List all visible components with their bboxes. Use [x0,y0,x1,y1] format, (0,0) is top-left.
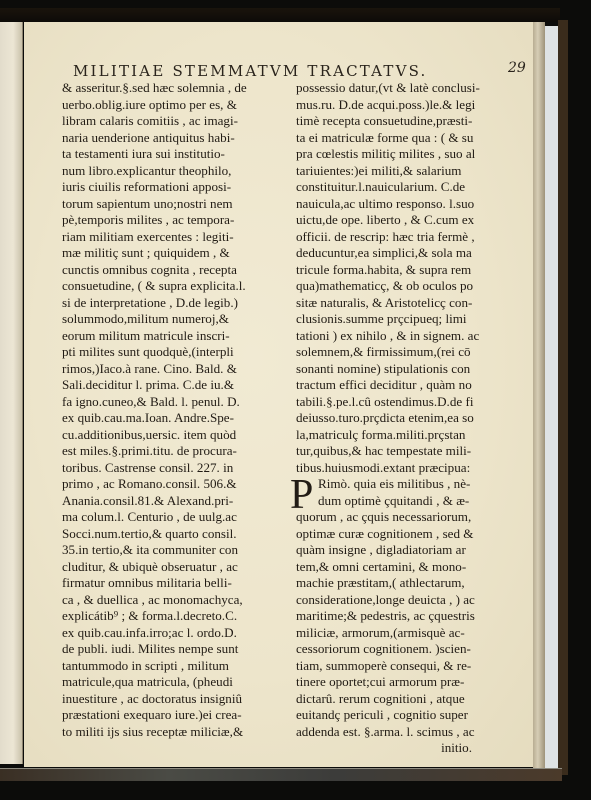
text-line: deiusso.turo.prçdicta etenim,ea so [296,410,522,427]
text-line: fa igno.cuneo,& Bald. l. penul. D. [62,394,287,411]
text-line: iuris ciuilis reformationi apposi- [62,179,287,196]
text-line: cu.additionibus,uersic. item quòd [62,427,287,444]
text-line: machie præstitam,( athlectarum, [296,575,522,592]
text-line: uerbo.oblig.iure optimo per es, & [62,97,287,114]
text-line: quàm insigne , digladiatoriam ar [296,542,522,559]
text-line: tractum effici deciditur , quàm no [296,377,522,394]
text-line: clusionis.summe prçcipueq; limi [296,311,522,328]
text-line: ta testamenti iura sui institutio- [62,146,287,163]
right-column: possessio datur,(vt & latè conclusi-mus.… [296,80,522,757]
text-line: euitandç periculi , cognitio super [296,707,522,724]
endpaper [545,26,558,771]
text-line: si de interpretatione , D.de legib.) [62,295,287,312]
text-line: timè recepta consuetudine,præsti- [296,113,522,130]
text-line: toribus. Castrense consil. 227. in [62,460,287,477]
text-line: est miles.§.primi.titu. de procura- [62,443,287,460]
text-line: tricule forma.habita, & supra rem [296,262,522,279]
text-line: consuetudine, ( & supra explicita.l. [62,278,287,295]
left-column: & asseritur.§.sed hæc solemnia , deuerbo… [62,80,287,740]
text-line: riam militiam exercentes : legiti- [62,229,287,246]
text-line: firmatur omnibus militaria belli- [62,575,287,592]
text-line: tariuientes:)ei militi,& salarium [296,163,522,180]
text-line: sitæ naturalis, & Aristotelicç con- [296,295,522,312]
text-line: præstationi exequaro iure.)ei crea- [62,707,287,724]
book-cover-bottom [0,768,562,781]
text-line: tur,quibus,& hac tempestate mili- [296,443,522,460]
text-line: tantummodo in scripti , militum [62,658,287,675]
text-line: matricule,qua matricula, (pheudi [62,674,287,691]
text-line: Rimò. quia eis militibus , nè- [296,476,522,493]
text-line: inuestiture , ac doctoratus insigniû [62,691,287,708]
text-line: la,matriculç forma.militi.prçstan [296,427,522,444]
drop-cap-initial: P [290,476,313,514]
text-line: solummodo,militum numeroj,& [62,311,287,328]
text-line: & asseritur.§.sed hæc solemnia , de [62,80,287,97]
text-line: explicátib⁹ ; & forma.l.decreto.C. [62,608,287,625]
text-line: pè,temporis milites , ac tempora- [62,212,287,229]
text-line: tationi ) ex nihilo , & in signem. ac [296,328,522,345]
text-line: addenda est. §.arma. l. scimus , ac [296,724,522,741]
text-line: eorum militum matricule inscri- [62,328,287,345]
text-line: mus.ru. D.de acqui.poss.)le.& legi [296,97,522,114]
text-line: naria uenderione antiquitus habi- [62,130,287,147]
text-line: deducuntur,ea simplici,& sola ma [296,245,522,262]
text-line-final: initio. [296,740,522,757]
text-line: rimos,)Iaco.à rane. Cino. Bald. & [62,361,287,378]
text-line: nauicula,ac ultimo responso. l.suo [296,196,522,213]
text-line: dictarû. rerum cognitioni , atque [296,691,522,708]
text-line: tem,& omni certamini, & mono- [296,559,522,576]
text-line: consideratione,longe deuicta , ) ac [296,592,522,609]
text-line: ma colum.l. Centurio , de uulg.ac [62,509,287,526]
text-line: constituitur.l.nauicularium. C.de [296,179,522,196]
text-line: torum sapientum uno;nostri nem [62,196,287,213]
text-line: tinere oportet;cui armorum præ- [296,674,522,691]
text-line: qua)mathematicç, & ob oculos po [296,278,522,295]
text-line: primo , ac Romano.consil. 506.& [62,476,287,493]
book-cover-top [0,8,560,22]
text-line: 35.in tertio,& ita communiter con [62,542,287,559]
text-line: possessio datur,(vt & latè conclusi- [296,80,522,97]
text-line: ex quib.cau.ma.Ioan. Andre.Spe- [62,410,287,427]
drop-cap-paragraph: P Rimò. quia eis militibus , nè- dum opt… [296,476,522,509]
text-line: pra cœlestis militiç milites , suo al [296,146,522,163]
running-head: MILITIAE STEMMATVM TRACTATVS. [73,62,513,80]
text-line: sonanti nomine) stipulationis con [296,361,522,378]
text-line: mæ militiç sunt ; quiquidem , & [62,245,287,262]
page-number: 29 [508,60,526,76]
text-line: tibus.huiusmodi.extant præcipua: [296,460,522,477]
text-line: Sali.deciditur l. prima. C.de iu.& [62,377,287,394]
facing-page-edge [0,22,23,764]
text-line: cessoriorum cognitionem. )scien- [296,641,522,658]
text-line: ta ei matriculæ forme qua : ( & su [296,130,522,147]
text-line: libram calaris comitiis , ac imagi- [62,113,287,130]
text-line: quorum , ac çquis necessariorum, [296,509,522,526]
text-line: officii. de rescrip: hæc tria fermè , [296,229,522,246]
book-cover-right [558,20,568,775]
text-line: to militi ijs sius receptæ miliciæ,& [62,724,287,741]
page-fore-edge [533,22,545,770]
text-line: optimæ curæ cognitionem , sed & [296,526,522,543]
text-line: Anania.consil.81.& Alexand.pri- [62,493,287,510]
text-line: ex quib.cau.infa.irro;ac l. ordo.D. [62,625,287,642]
text-line: de publi. iudi. Milites nempe sunt [62,641,287,658]
text-line: Socci.num.tertio,& quarto consil. [62,526,287,543]
text-line: dum optimè çquitandi , & æ- [296,493,522,510]
text-line: num libro.explicantur theophilo, [62,163,287,180]
text-line: solemnem,& firmissimum,(rei cō [296,344,522,361]
text-line: uictu,de ope. liberto , & C.cum ex [296,212,522,229]
text-line: cunctis omnibus cognita , recepta [62,262,287,279]
text-line: tiam, summoperè consequi, & re- [296,658,522,675]
text-line: maritime;& pedestris, ac çquestris [296,608,522,625]
text-line: tabili.§.pe.l.cû ostendimus.D.de fi [296,394,522,411]
text-line: ca , & duellica , ac monomachyca, [62,592,287,609]
text-line: cluditur, & ubiquè obseruatur , ac [62,559,287,576]
text-line: pti milites sunt quodquè,(interpli [62,344,287,361]
text-line: miliciæ, armorum,(armisquè ac- [296,625,522,642]
